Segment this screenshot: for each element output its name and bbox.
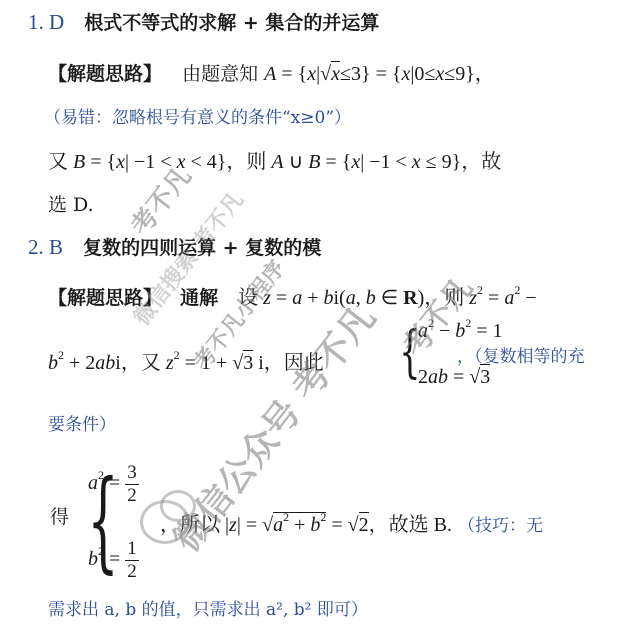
- q2-tip-note-cont: 需求出 a, b 的值，只需求出 a², b² 即可）: [48, 598, 368, 622]
- q2-answer-number: 2. B: [28, 235, 63, 259]
- q1-answer-number: 1. D: [28, 10, 64, 34]
- q1-solution-label: 【解题思路】: [48, 63, 162, 85]
- q2-solution-label: 【解题思路】: [48, 287, 162, 309]
- q2-solution-line-2: b2 + 2abi，又 z2 = 1 + √3 i，因此: [48, 343, 324, 375]
- wechat-logo-icon: [160, 490, 196, 522]
- q1-error-note: （易错：忽略根号有意义的条件“x≥0”）: [44, 106, 351, 130]
- q1-conclusion: 选 D.: [48, 193, 94, 217]
- q2-system-eq-1: a2 − b2 = 1: [418, 316, 503, 343]
- q2-method-label: 通解: [180, 287, 218, 309]
- q2-result: ，所以 |z| = √a2 + b2 = √2，故选 B. （技巧：无: [160, 505, 543, 538]
- q1-given-text: 由题意知: [182, 63, 258, 85]
- q2-get-label: 得: [50, 505, 69, 529]
- q2-title: 复数的四则运算 + 复数的模: [83, 237, 321, 259]
- q2-b-squared: b2 = 12: [88, 538, 139, 583]
- q2-equal-condition-note-cont: 要条件）: [48, 413, 116, 437]
- q2-system-eq-2: 2ab = √3: [418, 366, 490, 389]
- q2-tip-note: （技巧：无: [458, 516, 543, 536]
- q2-equal-condition-note: ，（复数相等的充: [457, 345, 585, 369]
- q2-solution-line-1: 【解题思路】 通解 设 z = a + bi(a, b ∈ R)，则 z2 = …: [48, 278, 537, 310]
- q2-heading: 2. B 复数的四则运算 + 复数的模: [28, 235, 321, 260]
- q2-a-squared: a2 = 32: [88, 462, 139, 507]
- q1-set-a-math: A = {x|√x≤3} = {x|0≤x≤9}，: [264, 61, 495, 85]
- q1-solution-line-1: 【解题思路】 由题意知 A = {x|√x≤3} = {x|0≤x≤9}，: [48, 62, 495, 86]
- q1-solution-line-3: 又 B = {x| −1 < x < 4}，则 A ∪ B = {x| −1 <…: [48, 150, 501, 174]
- q1-heading: 1. D 根式不等式的求解 + 集合的并运算: [28, 10, 379, 35]
- q1-title: 根式不等式的求解 + 集合的并运算: [84, 12, 379, 34]
